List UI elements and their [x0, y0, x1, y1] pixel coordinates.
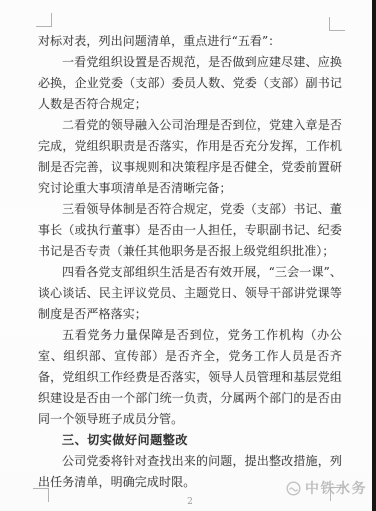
body-paragraph: 三看领导体制是否符合规定，党委（支部）书记、董事长（或执行董事）是否由一人担任，…: [38, 199, 342, 262]
watermark-logo-icon: [286, 481, 301, 496]
body-paragraph: 一看党组织设置是否规范，是否做到应建尽建、应换必换，企业党委（支部）委员人数、党…: [38, 52, 342, 115]
section-heading: 三、切实做好问题整改: [38, 430, 342, 451]
watermark: 中铁水务: [286, 478, 367, 498]
page-number: 2: [38, 497, 342, 507]
watermark-text: 中铁水务: [305, 478, 367, 498]
body-paragraph: 五看党务力量保障是否到位，党务工作机构（办公室、组织部、宣传部）是否齐全，党务工…: [38, 325, 342, 430]
document-body: 对标对表，列出问题清单，重点进行“五看”： 一看党组织设置是否规范，是否做到应建…: [38, 31, 342, 493]
text-boundary-mark-top-left: [36, 13, 52, 27]
body-paragraph: 二看党的领导融入公司治理是否到位，党建入章是否完成，党组织职责是否落实，作用是否…: [38, 115, 342, 199]
scan-edge-artifact: [372, 0, 376, 511]
text-boundary-mark-top-right: [329, 17, 345, 31]
scanned-document-page: 对标对表，列出问题清单，重点进行“五看”： 一看党组织设置是否规范，是否做到应建…: [0, 0, 376, 511]
body-paragraph: 对标对表，列出问题清单，重点进行“五看”：: [38, 31, 342, 52]
body-paragraph: 四看各党支部组织生活是否有效开展，“三会一课”、谈心谈话、民主评议党员、主题党日…: [38, 262, 342, 325]
